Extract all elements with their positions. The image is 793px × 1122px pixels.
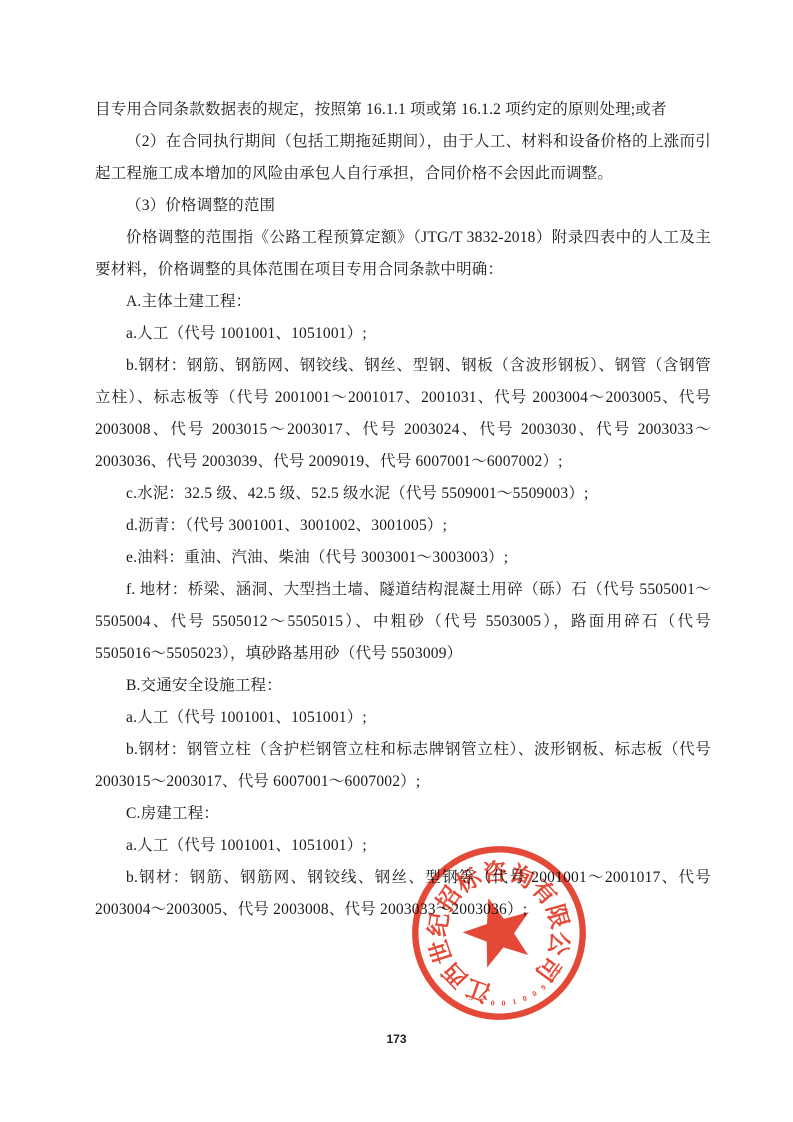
page-footer: 173 bbox=[0, 1032, 793, 1046]
svg-text:世: 世 bbox=[425, 936, 458, 967]
paragraph: （2）在合同执行期间（包括工期拖延期间），由于人工、材料和设备价格的上涨而引起工… bbox=[95, 126, 711, 190]
svg-text:3: 3 bbox=[468, 993, 475, 1003]
paragraph: a.人工（代号 1001001、1051001）; bbox=[95, 830, 711, 862]
paragraph: b.钢材：钢筋、钢筋网、钢铰线、钢丝、型钢、钢板（含波形钢板）、钢管（含钢管立柱… bbox=[95, 350, 711, 478]
document-page: 目专用合同条款数据表的规定，按照第 16.1.1 项或第 16.1.2 项约定的… bbox=[0, 0, 793, 1122]
paragraph: a.人工（代号 1001001、1051001）; bbox=[95, 702, 711, 734]
paragraph: （3）价格调整的范围 bbox=[95, 190, 711, 222]
svg-text:1: 1 bbox=[511, 997, 517, 1007]
paragraph: a.人工（代号 1001001、1051001）; bbox=[95, 318, 711, 350]
svg-text:公: 公 bbox=[543, 929, 573, 957]
paragraph: B.交通安全设施工程： bbox=[95, 670, 711, 702]
paragraph: 价格调整的范围指《公路工程预算定额》（JTG/T 3832-2018）附录四表中… bbox=[95, 222, 711, 286]
svg-text:0: 0 bbox=[531, 989, 539, 999]
paragraph: b.钢材：钢筋、钢筋网、钢铰线、钢丝、型钢等（代号 2001001～200101… bbox=[95, 862, 711, 926]
svg-text:9: 9 bbox=[539, 983, 548, 993]
paragraph: C.房建工程： bbox=[95, 798, 711, 830]
svg-text:5: 5 bbox=[547, 975, 556, 984]
paragraph: A.主体土建工程： bbox=[95, 286, 711, 318]
paragraph: c.水泥：32.5 级、42.5 级、52.5 级水泥（代号 5509001～5… bbox=[95, 478, 711, 510]
seal-code-text: 3600100951 bbox=[466, 965, 568, 1019]
svg-text:西: 西 bbox=[437, 957, 473, 993]
paragraph: e.油料：重油、汽油、柴油（代号 3003001～3003003）; bbox=[95, 542, 711, 574]
svg-text:0: 0 bbox=[501, 999, 506, 1008]
document-body: 目专用合同条款数据表的规定，按照第 16.1.1 项或第 16.1.2 项约定的… bbox=[95, 94, 711, 926]
paragraph: 目专用合同条款数据表的规定，按照第 16.1.1 项或第 16.1.2 项约定的… bbox=[95, 94, 711, 126]
paragraph: b.钢材：钢管立柱（含护栏钢管立柱和标志牌钢管立柱）、波形钢板、标志板（代号 2… bbox=[95, 734, 711, 798]
svg-text:0: 0 bbox=[490, 998, 495, 1007]
paragraph: d.沥青：（代号 3001001、3001002、3001005）; bbox=[95, 510, 711, 542]
svg-text:0: 0 bbox=[521, 993, 528, 1003]
svg-text:1: 1 bbox=[553, 967, 563, 975]
svg-text:司: 司 bbox=[530, 951, 566, 986]
page-number: 173 bbox=[386, 1032, 406, 1046]
paragraph: f. 地材：桥梁、涵洞、大型挡土墙、隧道结构混凝土用碎（砾）石（代号 55050… bbox=[95, 574, 711, 670]
svg-text:江: 江 bbox=[462, 973, 494, 1007]
svg-text:6: 6 bbox=[479, 996, 485, 1006]
